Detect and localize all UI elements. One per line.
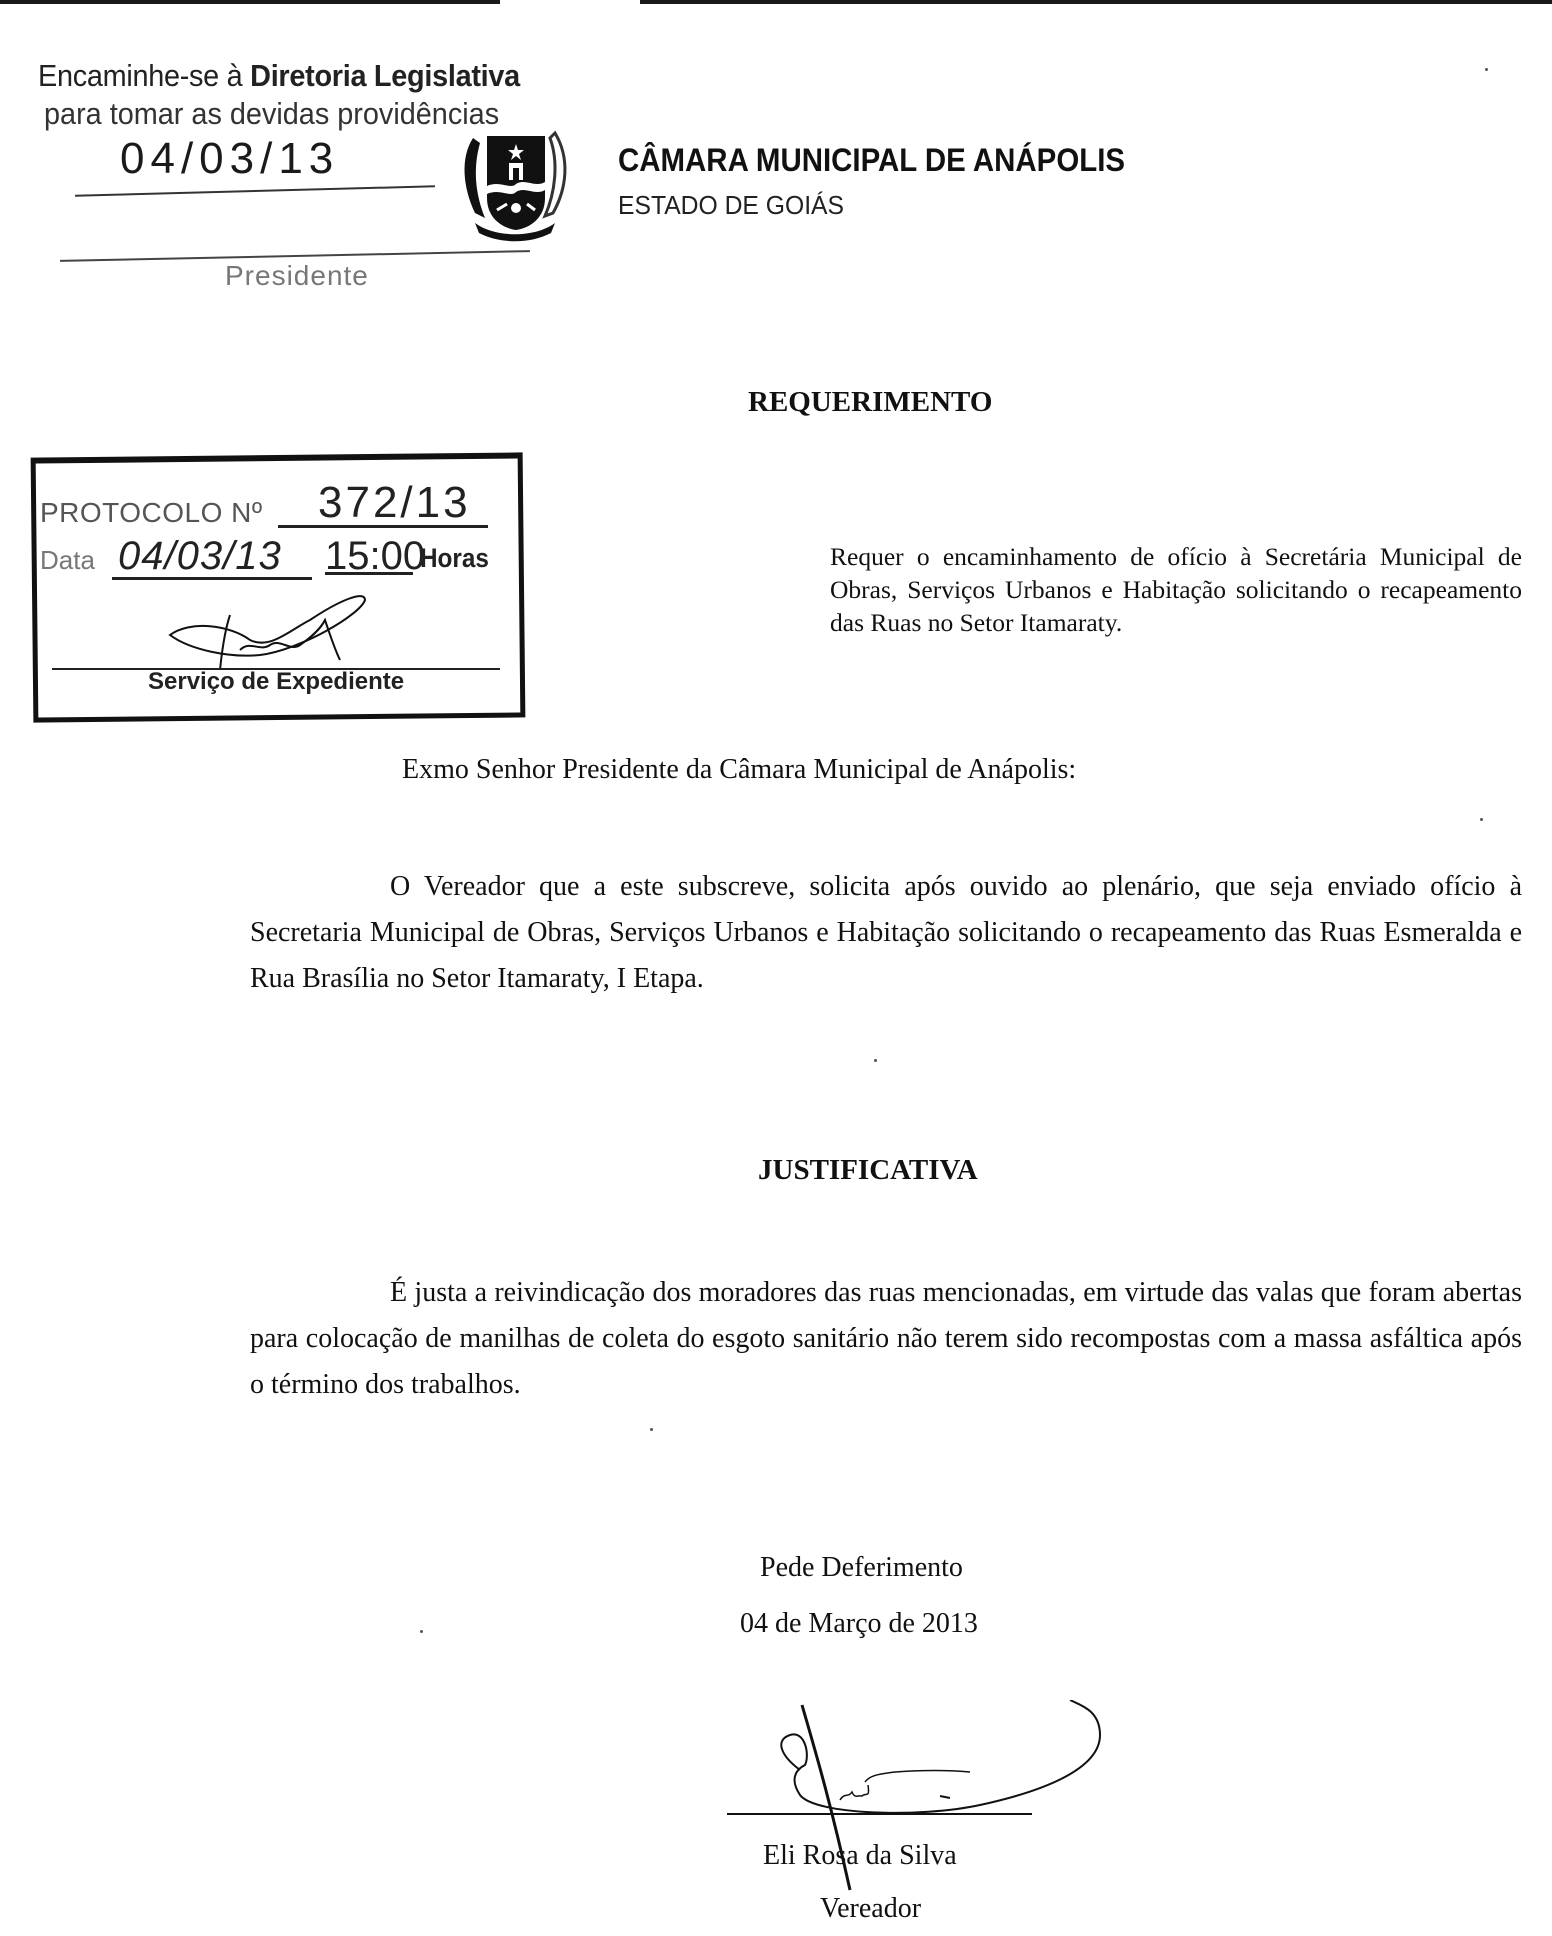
coat-of-arms-icon bbox=[455, 118, 575, 248]
dispatch-prefix: Encaminhe-se à bbox=[38, 58, 250, 93]
dispatch-handwritten-date: 04/03/13 bbox=[120, 134, 339, 184]
protocol-time-label: Horas bbox=[420, 543, 489, 574]
signature-rule bbox=[727, 1813, 1032, 1815]
summary-text: Requer o encaminhamento de ofício à Secr… bbox=[830, 540, 1522, 639]
protocol-date-rule bbox=[112, 577, 312, 580]
protocol-date-value: 04/03/13 bbox=[118, 534, 282, 579]
closing-phrase: Pede Deferimento bbox=[760, 1552, 963, 1584]
justification-heading: JUSTIFICATIVA bbox=[758, 1154, 978, 1187]
protocol-number-rule bbox=[278, 525, 488, 528]
document-date: 04 de Março de 2013 bbox=[740, 1608, 978, 1640]
scan-speck bbox=[420, 1630, 423, 1633]
protocol-signature-icon bbox=[150, 590, 390, 680]
dispatch-signature-label: Presidente bbox=[225, 260, 369, 292]
top-border-gap bbox=[500, 0, 640, 4]
scan-speck bbox=[1480, 818, 1483, 821]
dispatch-stamp-line2: para tomar as devidas providências bbox=[44, 96, 499, 132]
dispatch-stamp-line1: Encaminhe-se à Diretoria Legislativa bbox=[38, 58, 520, 94]
salutation: Exmo Senhor Presidente da Câmara Municip… bbox=[402, 754, 1076, 786]
protocol-number: 372/13 bbox=[318, 478, 471, 528]
top-border-rule bbox=[0, 0, 1552, 4]
institution-subtitle: ESTADO DE GOIÁS bbox=[618, 190, 844, 221]
dispatch-date-rule bbox=[75, 185, 435, 196]
scan-speck bbox=[1485, 68, 1488, 71]
justification-paragraph: É justa a reivindicação dos moradores da… bbox=[250, 1270, 1522, 1408]
protocol-date-label: Data bbox=[40, 545, 95, 576]
signer-name: Eli Rosa da Silva bbox=[763, 1840, 957, 1872]
protocol-time-rule bbox=[325, 572, 413, 575]
scan-speck bbox=[874, 1059, 877, 1062]
protocol-department: Serviço de Expediente bbox=[148, 668, 404, 696]
scan-speck bbox=[650, 1428, 653, 1431]
institution-title: CÂMARA MUNICIPAL DE ANÁPOLIS bbox=[618, 142, 1125, 179]
document-summary: Requer o encaminhamento de ofício à Secr… bbox=[830, 540, 1522, 639]
document-heading: REQUERIMENTO bbox=[748, 386, 992, 419]
dispatch-destination: Diretoria Legislativa bbox=[250, 58, 520, 93]
signer-role: Vereador bbox=[820, 1893, 921, 1925]
request-paragraph: O Vereador que a este subscreve, solicit… bbox=[250, 864, 1522, 1002]
protocol-label: PROTOCOLO Nº bbox=[40, 497, 263, 529]
